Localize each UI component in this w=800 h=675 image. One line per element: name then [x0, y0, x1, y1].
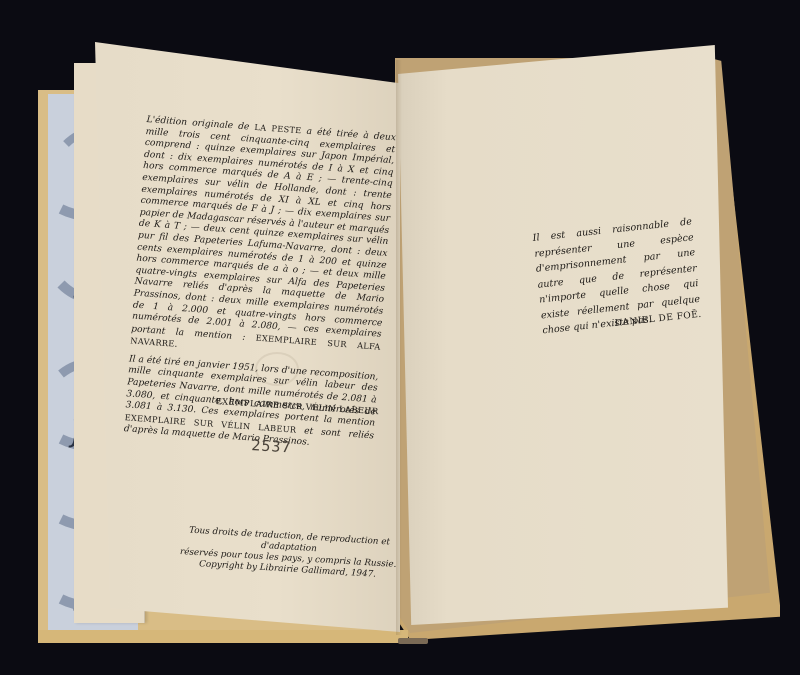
book-photo: f f f f f L'édition originale de LA PEST…	[0, 0, 800, 675]
text-run: .	[174, 340, 178, 350]
epigraph: Il est aussi raisonnable de représenter …	[532, 214, 703, 339]
bottom-cover-edge	[38, 630, 408, 643]
colophon-paragraph-1: L'édition originale de LA PESTE a été ti…	[130, 114, 397, 367]
copy-number: 2537	[251, 436, 292, 456]
book-title: LA PESTE	[254, 122, 302, 135]
faint-stamp-impression	[255, 352, 299, 386]
text-run: a été tirée à deux mille trois cent cinq…	[131, 126, 396, 343]
headband	[398, 638, 428, 644]
